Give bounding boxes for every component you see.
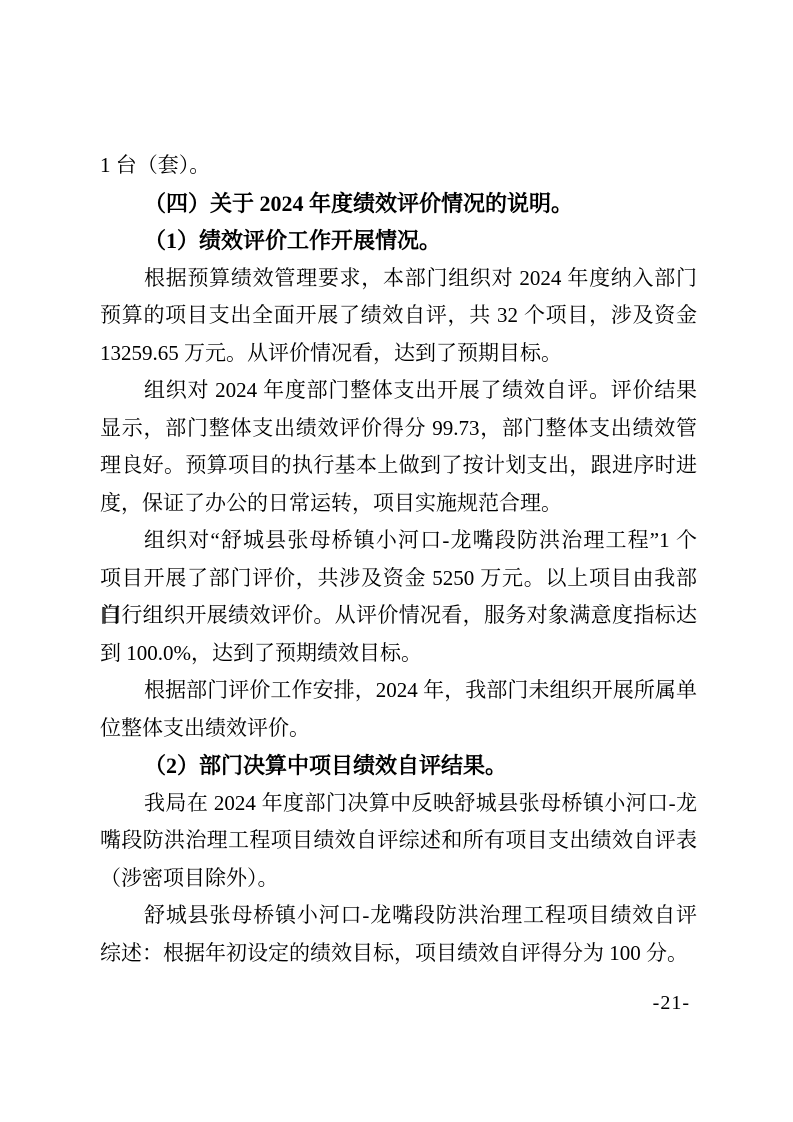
paragraph-line: （涉密项目除外）。 [100, 860, 697, 898]
paragraph-continuation-line: 1 台（套）。 [100, 147, 697, 185]
document-body: 1 台（套）。 （四）关于 2024 年度绩效评价情况的说明。 （1）绩效评价工… [100, 147, 697, 972]
paragraph-line: 嘴段防洪治理工程项目绩效自评综述和所有项目支出绩效自评表 [100, 822, 697, 860]
paragraph-line: 项目开展了部门评价，共涉及资金 5250 万元。以上项目由我部门 [100, 560, 697, 598]
paragraph-line: 我局在 2024 年度部门决算中反映舒城县张母桥镇小河口-龙 [100, 785, 697, 823]
page-number: -21- [653, 992, 690, 1015]
paragraph-line: 13259.65 万元。从评价情况看，达到了预期目标。 [100, 335, 697, 373]
paragraph-line: 理良好。预算项目的执行基本上做到了按计划支出，跟进序时进 [100, 447, 697, 485]
paragraph-line: 显示，部门整体支出绩效评价得分 99.73，部门整体支出绩效管 [100, 410, 697, 448]
paragraph-line: 组织对 2024 年度部门整体支出开展了绩效自评。评价结果 [100, 372, 697, 410]
paragraph-line: 综述：根据年初设定的绩效目标，项目绩效自评得分为 100 分。 [100, 935, 697, 973]
subsection-heading-1: （1）绩效评价工作开展情况。 [100, 222, 697, 260]
subsection-heading-2: （2）部门决算中项目绩效自评结果。 [100, 747, 697, 785]
paragraph-line: 根据部门评价工作安排，2024 年，我部门未组织开展所属单 [100, 672, 697, 710]
paragraph-line: 预算的项目支出全面开展了绩效自评，共 32 个项目，涉及资金 [100, 297, 697, 335]
paragraph-line: 根据预算绩效管理要求，本部门组织对 2024 年度纳入部门 [100, 260, 697, 298]
section-heading-4: （四）关于 2024 年度绩效评价情况的说明。 [100, 185, 697, 223]
paragraph-line: 到 100.0%，达到了预期绩效目标。 [100, 635, 697, 673]
paragraph-line: 自行组织开展绩效评价。从评价情况看，服务对象满意度指标达 [100, 597, 697, 635]
paragraph-line: 组织对“舒城县张母桥镇小河口-龙嘴段防洪治理工程”1 个 [100, 522, 697, 560]
paragraph-line: 舒城县张母桥镇小河口-龙嘴段防洪治理工程项目绩效自评 [100, 897, 697, 935]
document-page: 1 台（套）。 （四）关于 2024 年度绩效评价情况的说明。 （1）绩效评价工… [0, 0, 793, 1122]
paragraph-line: 度，保证了办公的日常运转，项目实施规范合理。 [100, 485, 697, 523]
paragraph-line: 位整体支出绩效评价。 [100, 710, 697, 748]
